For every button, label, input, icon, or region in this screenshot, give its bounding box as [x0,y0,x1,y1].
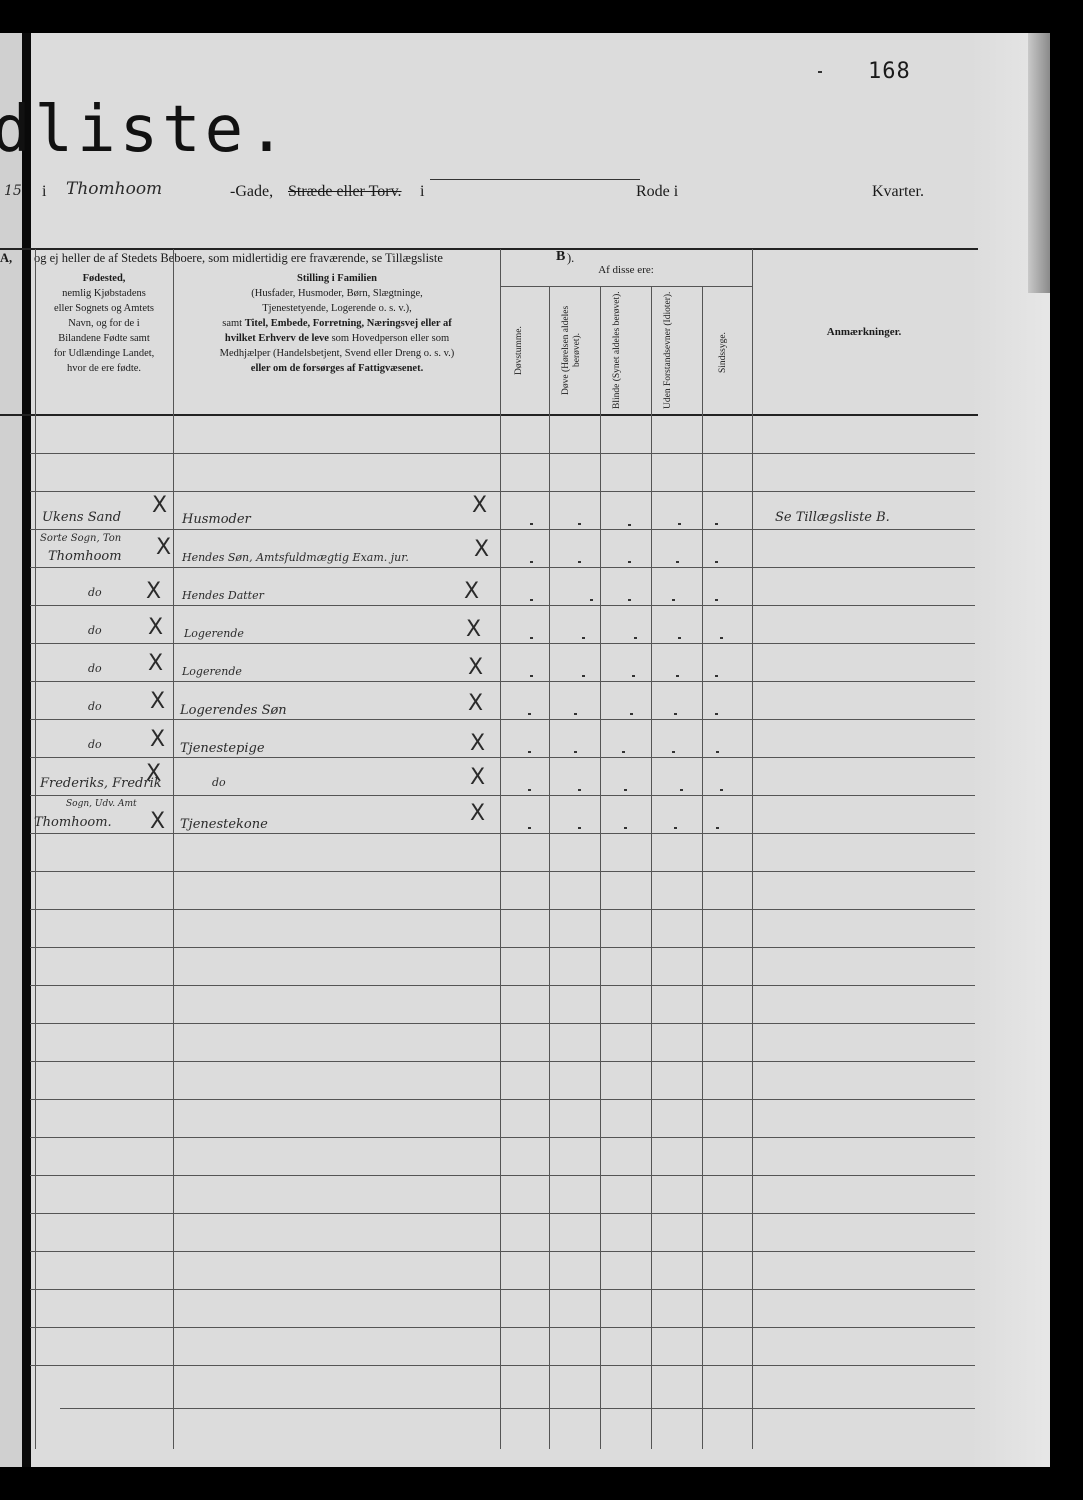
position-cell: Hendes Søn, Amtsfuldmægtig Exam. jur. [182,551,409,564]
street-type-struck: Stræde eller Torv. [288,183,402,201]
birthplace-check-mark: X [152,495,167,517]
col-rule-sub1 [549,287,550,1449]
header-group-af-disse: Af disse ere: [500,263,752,278]
birthplace-check-mark: X [148,653,163,675]
header-deaf: Døve (Hørelsen aldeles berøvet). [561,291,587,409]
note-fragment: A, [0,251,12,266]
position-cell: do [212,776,226,789]
kvarter-label: Kvarter. [872,183,924,201]
birthplace-check-mark: X [146,763,161,785]
position-check-mark: X [474,539,489,561]
position-check-mark: X [466,619,481,641]
page-title: dliste. [0,93,290,167]
header-insane: Sindssyge. [718,303,736,403]
header-deaf-mute: Døvstumme. [514,293,536,408]
col-rule-position [500,249,501,1449]
position-cell: Logerende [184,627,244,640]
page-mark [818,71,822,73]
birthplace-cell: do [88,738,102,751]
absent-residents-note: og ej heller de af Stedets Beboere, som … [34,251,443,266]
table-top-rule [0,248,978,250]
position-check-mark: X [470,803,485,825]
header-position: Stilling i Familien (Husfader, Husmoder,… [174,271,500,376]
header-idiots: Uden Forstandsevner (Idioter). [663,291,689,409]
position-check-mark: X [470,767,485,789]
position-cell: Logerendes Søn [180,703,287,718]
col-rule-sub4 [702,287,703,1449]
birthplace-check-mark: X [150,811,165,833]
birthplace-check-mark: X [156,537,171,559]
page-edge-worn [1028,33,1050,293]
position-check-mark: X [468,657,483,679]
position-cell: Tjenestekone [180,817,268,832]
birthplace-check-mark: X [146,581,161,603]
col-rule-sub3 [651,287,652,1449]
col-rule-left [35,249,36,1449]
position-cell: Hendes Datter [182,589,264,602]
group-divider [500,286,752,287]
rode-label: Rode i [636,183,678,201]
birthplace-parish: Sogn, Udv. Amt [66,799,137,809]
rode-fill-line [430,179,640,180]
birthplace-parish: Sorte Sogn, Ton [40,533,121,544]
birthplace-cell: Frederiks, Fredrik [40,776,162,791]
street-name-handwritten: Thomhoom [66,179,162,199]
birthplace-check-mark: X [148,617,163,639]
col-rule-birthplace [173,249,174,1449]
header-bottom-rule [0,414,978,416]
street-type-label: -Gade, [230,183,273,201]
position-check-mark: X [470,733,485,755]
birthplace-cell: do [88,700,102,713]
census-page: 168 dliste. 15 i Thomhoom -Gade, Stræde … [0,33,1050,1467]
position-check-mark: X [468,693,483,715]
birthplace-cell: do [88,624,102,637]
header-blind: Blinde (Synet aldeles berøvet). [612,291,638,409]
birthplace-cell: Ukens Sand [42,510,121,525]
position-check-mark: X [464,581,479,603]
street-suffix: i [420,183,424,201]
house-number-fragment: 15 [4,183,22,199]
col-rule-sub2 [600,287,601,1449]
birthplace-check-mark: X [150,691,165,713]
col-rule-remarks [752,249,753,1449]
page-number: 168 [868,59,911,84]
birthplace-cell: do [88,662,102,675]
birthplace-check-mark: X [150,729,165,751]
position-cell: Logerende [182,665,242,678]
position-cell: Tjenestepige [180,741,265,756]
birthplace-cell: Thomhoom. [34,815,112,830]
remark-cell: Se Tillægsliste B. [775,510,890,525]
birthplace-cell: Thomhoom [48,549,122,564]
position-check-mark: X [472,495,487,517]
birthplace-cell: do [88,586,102,599]
position-cell: Husmoder [182,512,251,527]
header-remarks: Anmærkninger. [752,325,976,340]
address-preposition: i [42,183,46,201]
header-birthplace: Fødested, nemlig Kjøbstadens eller Sogne… [36,271,172,376]
